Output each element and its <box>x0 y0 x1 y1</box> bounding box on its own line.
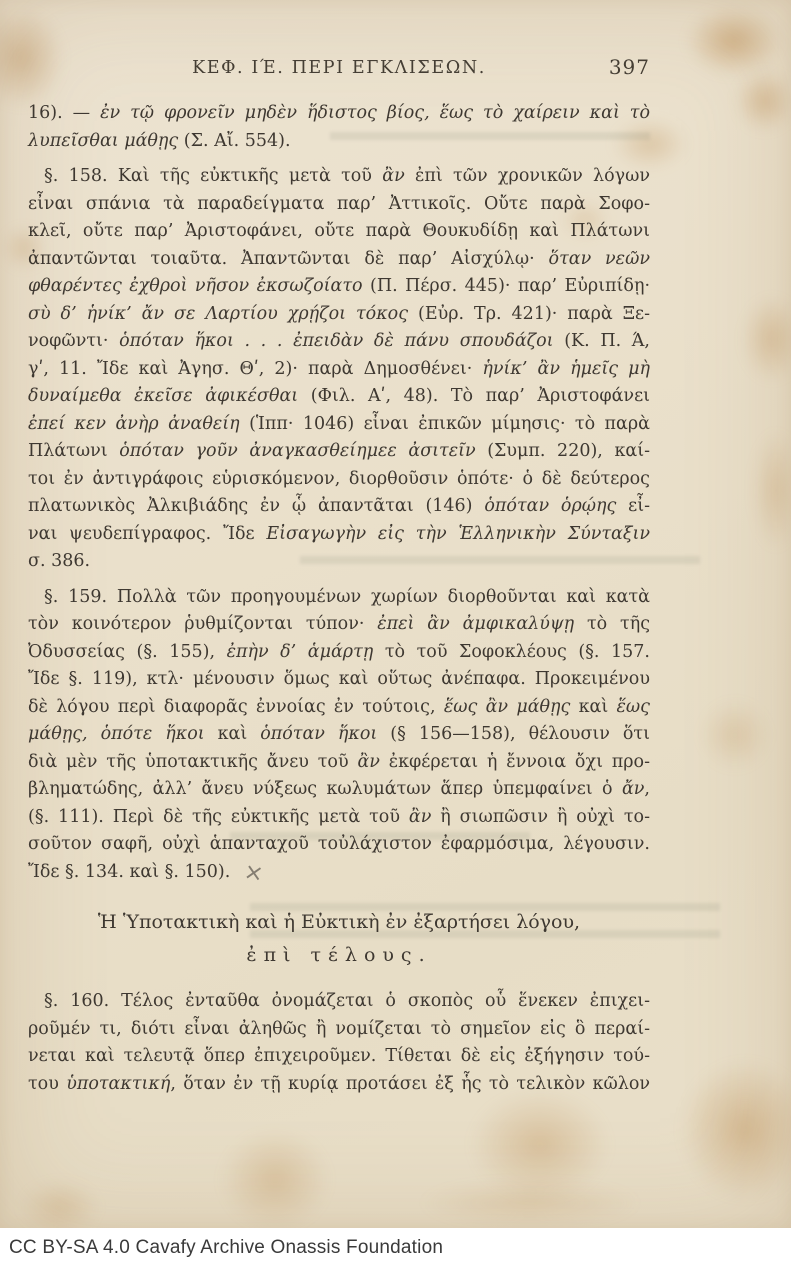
text-line: μάθῃς, ὁπότε ἥκοι καὶ ὁπόταν ἥκοι (§ 156… <box>28 721 650 749</box>
text-line: νοφῶντι· ὁπόταν ἥκοι . . . ἐπειδὰν δὲ πά… <box>28 328 650 356</box>
license-caption-bar: CC BY-SA 4.0 Cavafy Archive Onassis Foun… <box>0 1228 791 1268</box>
text-line: Ἴδε §. 134. καὶ §. 150). × <box>28 859 650 887</box>
text-segment: τὸ τοῦ Σοφοκλέους (§. 157. <box>373 642 650 662</box>
text-segment: τοι ἐν ἀντιγράφοις εὑρισκόμενον, διορθοῦ… <box>28 469 650 489</box>
text-segment: σ. 386. <box>28 551 90 571</box>
text-segment: Ὀδυσσείας (§. 155), <box>28 642 227 662</box>
italic-text: ἕως ἂν μάθῃς <box>444 697 571 717</box>
pencil-mark: × <box>242 858 266 888</box>
paragraph: 16). — ἐν τῷ φρονεῖν μηδὲν ἥδιστος βίος,… <box>28 100 650 155</box>
italic-text: Εἰσαγωγὴν εἰς τὴν Ἑλληνικὴν Σύνταξιν <box>266 524 650 544</box>
text-segment: (Σ. Αἴ. 554). <box>184 131 291 151</box>
text-segment: καὶ <box>570 697 616 717</box>
text-segment: τὸ τῆς <box>574 614 650 634</box>
text-line: Ὀδυσσείας (§. 155), ἐπὴν δ’ ἁμάρτῃ τὸ το… <box>28 639 650 667</box>
italic-text: ἐπεί κεν ἀνὴρ ἀναθείη <box>28 414 249 434</box>
section-heading: Ἡ Ὑποτακτικὴ καὶ ἡ Εὐκτικὴ ἐν ἐξαρτήσει … <box>28 906 650 972</box>
italic-text: φθαρέντες ἐχθροὶ νῆσον ἐκσωζοίατο <box>28 276 370 296</box>
italic-text: ὁπόταν γοῦν ἀναγκασθείημεε ἀσιτεῖν <box>119 441 487 461</box>
text-line: εἶναι σπάνια τὰ παραδείγματα παρ’ Ἀττικο… <box>28 191 650 219</box>
text-segment: Πλάτωνι <box>28 441 119 461</box>
text-segment: ἢ σιωπῶσιν ἢ οὐχὶ το- <box>431 807 650 827</box>
text-segment: βληματώδης, ἀλλ’ ἄνευ νύξεως κωλυμάτων ἅ… <box>28 779 622 799</box>
italic-text: ἐπεὶ ἂν ἀμφικαλύψῃ <box>377 614 574 634</box>
italic-text: ὑποτακτική <box>66 1074 170 1094</box>
paragraph: §. 158. Καὶ τῆς εὐκτικῆς μετὰ τοῦ ἂν ἐπὶ… <box>28 163 650 576</box>
text-segment: (Κ. Π. Ά, <box>564 331 650 351</box>
text-segment: Ἴδε §. 119), κτλ· μένουσιν ὅμως καὶ οὕτω… <box>28 669 650 689</box>
text-line: ἐπεί κεν ἀνὴρ ἀναθείη (Ἱππ· 1046) εἶναι … <box>28 411 650 439</box>
text-line: §. 160. Τέλος ἐνταῦθα ὀνομάζεται ὁ σκοπὸ… <box>28 988 650 1016</box>
text-segment: Ἴδε §. 134. καὶ §. 150). <box>28 862 236 882</box>
license-text: CC BY-SA 4.0 Cavafy Archive Onassis Foun… <box>0 1237 443 1259</box>
heading-line: ἐπὶ τέλους. <box>28 939 650 972</box>
italic-text: ἂν <box>409 807 431 827</box>
italic-text: ἄν <box>622 779 644 799</box>
text-segment: εἶ- <box>616 496 650 516</box>
italic-text: ὁπόταν ἥκοι . . . ἐπειδὰν δὲ πάνυ σπουδά… <box>119 331 564 351</box>
italic-text: ἂν <box>382 166 404 186</box>
italic-text: ἂν <box>357 752 379 772</box>
text-segment: νοφῶντι· <box>28 331 119 351</box>
scanned-book-page: ΚΕΦ. ΙΈ. ΠΕΡΙ ΕΓΚΛΙΣΕΩΝ. 397 16). — ἐν τ… <box>0 0 791 1268</box>
italic-text: λυπεῖσθαι μάθῃς <box>28 131 184 151</box>
italic-text: μάθῃς, ὁπότε ἥκοι <box>28 724 205 744</box>
text-segment: τὸν κοινότερον ῥυθμίζονται τύπον· <box>28 614 377 634</box>
text-line: ροῦμέν τι, διότι εἶναι ἀληθῶς ἢ νομίζετα… <box>28 1016 650 1044</box>
text-segment: εἶναι σπάνια τὰ παραδείγματα παρ’ Ἀττικο… <box>28 194 650 214</box>
text-segment: §. 160. Τέλος ἐνταῦθα ὀνομάζεται ὁ σκοπὸ… <box>44 991 650 1011</box>
text-line: βληματώδης, ἀλλ’ ἄνευ νύξεως κωλυμάτων ἅ… <box>28 776 650 804</box>
text-segment: καὶ <box>205 724 261 744</box>
italic-text: ἕως <box>617 697 650 717</box>
text-segment: (Εὐρ. Τρ. 421)· παρὰ Ξε- <box>418 304 650 324</box>
text-segment: ἀπαντῶνται τοιαῦτα. Ἀπαντῶνται δὲ παρ’ Α… <box>28 249 549 269</box>
text-segment: §. 158. Καὶ τῆς εὐκτικῆς μετὰ τοῦ <box>44 166 382 186</box>
text-line: σ. 386. <box>28 548 650 576</box>
italic-text: δυναίμεθα ἐκεῖσε ἀφικέσθαι <box>28 386 311 406</box>
text-line: διὰ μὲν τῆς ὑποτακτικῆς ἄνευ τοῦ ἂν ἐκφέ… <box>28 749 650 777</box>
paragraph: §. 160. Τέλος ἐνταῦθα ὀνομάζεται ὁ σκοπὸ… <box>28 988 650 1098</box>
text-line: λυπεῖσθαι μάθῃς (Σ. Αἴ. 554). <box>28 128 650 156</box>
text-line: φθαρέντες ἐχθροὶ νῆσον ἐκσωζοίατο (Π. Πέ… <box>28 273 650 301</box>
italic-text: ἐπὴν δ’ ἁμάρτῃ <box>227 642 374 662</box>
text-line: νεται καὶ τελευτᾷ ὅπερ ἐπιχειροῦμεν. Τίθ… <box>28 1043 650 1071</box>
text-line: τὸν κοινότερον ῥυθμίζονται τύπον· ἐπεὶ ἂ… <box>28 611 650 639</box>
text-line: ναι ψευδεπίγραφος. Ἴδε Εἰσαγωγὴν εἰς τὴν… <box>28 521 650 549</box>
text-segment: (Ἱππ· 1046) εἶναι ἐπικῶν μίμησις· τὸ παρ… <box>249 414 650 434</box>
text-segment: σοῦτον σαφῆ, οὐχὶ ἁπανταχοῦ τοὐλάχιστον … <box>28 834 650 854</box>
text-segment: δὲ λόγου περὶ διαφορᾶς ἐννοίας ἐν τούτοι… <box>28 697 444 717</box>
text-line: δυναίμεθα ἐκεῖσε ἀφικέσθαι (Φιλ. Αʹ, 48)… <box>28 383 650 411</box>
text-segment: 16). — <box>28 103 100 123</box>
text-segment: (§. 111). Περὶ δὲ τῆς εὐκτικῆς μετὰ τοῦ <box>28 807 409 827</box>
text-segment: διὰ μὲν τῆς ὑποτακτικῆς ἄνευ τοῦ <box>28 752 357 772</box>
italic-text: σὺ δ’ ἡνίκ’ ἄν σε Λαρτίου χρῄζοι τόκος <box>28 304 418 324</box>
text-line: γʹ, 11. Ἴδε καὶ Ἀγησ. Θʹ, 2)· παρὰ Δημοσ… <box>28 356 650 384</box>
heading-line: Ἡ Ὑποτακτικὴ καὶ ἡ Εὐκτικὴ ἐν ἐξαρτήσει … <box>28 906 650 939</box>
text-line: §. 159. Πολλὰ τῶν προηγουμένων χωρίων δι… <box>28 584 650 612</box>
italic-text: ὁπόταν ὁρῴης <box>484 496 616 516</box>
text-line: κλεῖ, οὔτε παρ’ Ἀριστοφάνει, οὔτε παρὰ Θ… <box>28 218 650 246</box>
text-line: πλατωνικὸς Ἀλκιβιάδης ἐν ᾧ ἀπαντᾶται (14… <box>28 493 650 521</box>
chapter-title: ΚΕΦ. ΙΈ. ΠΕΡΙ ΕΓΚΛΙΣΕΩΝ. <box>28 58 650 78</box>
text-segment: (Π. Πέρσ. 445)· παρ’ Εὐριπίδῃ· <box>370 276 650 296</box>
text-line: δὲ λόγου περὶ διαφορᾶς ἐννοίας ἐν τούτοι… <box>28 694 650 722</box>
text-line: του ὑποτακτική, ὅταν ἐν τῇ κυρίᾳ προτάσε… <box>28 1071 650 1099</box>
text-segment: ἐπὶ τῶν χρονικῶν λόγων <box>405 166 650 186</box>
text-segment: ροῦμέν τι, διότι εἶναι ἀληθῶς ἢ νομίζετα… <box>28 1019 650 1039</box>
paragraph: §. 159. Πολλὰ τῶν προηγουμένων χωρίων δι… <box>28 584 650 887</box>
text-segment: γʹ, 11. Ἴδε καὶ Ἀγησ. Θʹ, 2)· παρὰ Δημοσ… <box>28 359 482 379</box>
text-line: 16). — ἐν τῷ φρονεῖν μηδὲν ἥδιστος βίος,… <box>28 100 650 128</box>
text-line: §. 158. Καὶ τῆς εὐκτικῆς μετὰ τοῦ ἂν ἐπὶ… <box>28 163 650 191</box>
italic-text: ἡνίκ’ ἂν ἡμεῖς μὴ <box>482 359 650 379</box>
text-segment: , ὅταν ἐν τῇ κυρίᾳ προτάσει ἐξ ἧς τὸ τελ… <box>170 1074 650 1094</box>
text-line: Ἴδε §. 119), κτλ· μένουσιν ὅμως καὶ οὕτω… <box>28 666 650 694</box>
text-line: σοῦτον σαφῆ, οὐχὶ ἁπανταχοῦ τοὐλάχιστον … <box>28 831 650 859</box>
text-segment: πλατωνικὸς Ἀλκιβιάδης ἐν ᾧ ἀπαντᾶται (14… <box>28 496 484 516</box>
page-number: 397 <box>609 55 650 79</box>
text-segment: του <box>28 1074 66 1094</box>
text-segment: §. 159. Πολλὰ τῶν προηγουμένων χωρίων δι… <box>44 587 650 607</box>
italic-text: ὁπόταν ἥκοι <box>260 724 377 744</box>
text-line: ἀπαντῶνται τοιαῦτα. Ἀπαντῶνται δὲ παρ’ Α… <box>28 246 650 274</box>
text-segment: (Φιλ. Αʹ, 48). Τὸ παρ’ Ἀριστοφάνει <box>311 386 650 406</box>
text-segment: κλεῖ, οὔτε παρ’ Ἀριστοφάνει, οὔτε παρὰ Θ… <box>28 221 650 241</box>
text-line: Πλάτωνι ὁπόταν γοῦν ἀναγκασθείημεε ἀσιτε… <box>28 438 650 466</box>
running-header: ΚΕΦ. ΙΈ. ΠΕΡΙ ΕΓΚΛΙΣΕΩΝ. 397 <box>28 58 650 88</box>
text-block: 16). — ἐν τῷ φρονεῖν μηδὲν ἥδιστος βίος,… <box>28 100 650 1098</box>
italic-text: ἐν τῷ φρονεῖν μηδὲν ἥδιστος βίος, ἕως τὸ… <box>100 103 650 123</box>
text-segment: (§ 156—158), θέλουσιν ὅτι <box>377 724 650 744</box>
text-segment: ναι ψευδεπίγραφος. Ἴδε <box>28 524 266 544</box>
text-segment: νεται καὶ τελευτᾷ ὅπερ ἐπιχειροῦμεν. Τίθ… <box>28 1046 650 1066</box>
text-segment: ἐκφέρεται ἡ ἔννοια ὄχι προ- <box>380 752 650 772</box>
text-segment: (Συμπ. 220), καί- <box>487 441 650 461</box>
text-segment: , <box>644 779 650 799</box>
text-line: τοι ἐν ἀντιγράφοις εὑρισκόμενον, διορθοῦ… <box>28 466 650 494</box>
italic-text: ὅταν νεῶν <box>549 249 650 269</box>
text-line: σὺ δ’ ἡνίκ’ ἄν σε Λαρτίου χρῄζοι τόκος (… <box>28 301 650 329</box>
text-line: (§. 111). Περὶ δὲ τῆς εὐκτικῆς μετὰ τοῦ … <box>28 804 650 832</box>
